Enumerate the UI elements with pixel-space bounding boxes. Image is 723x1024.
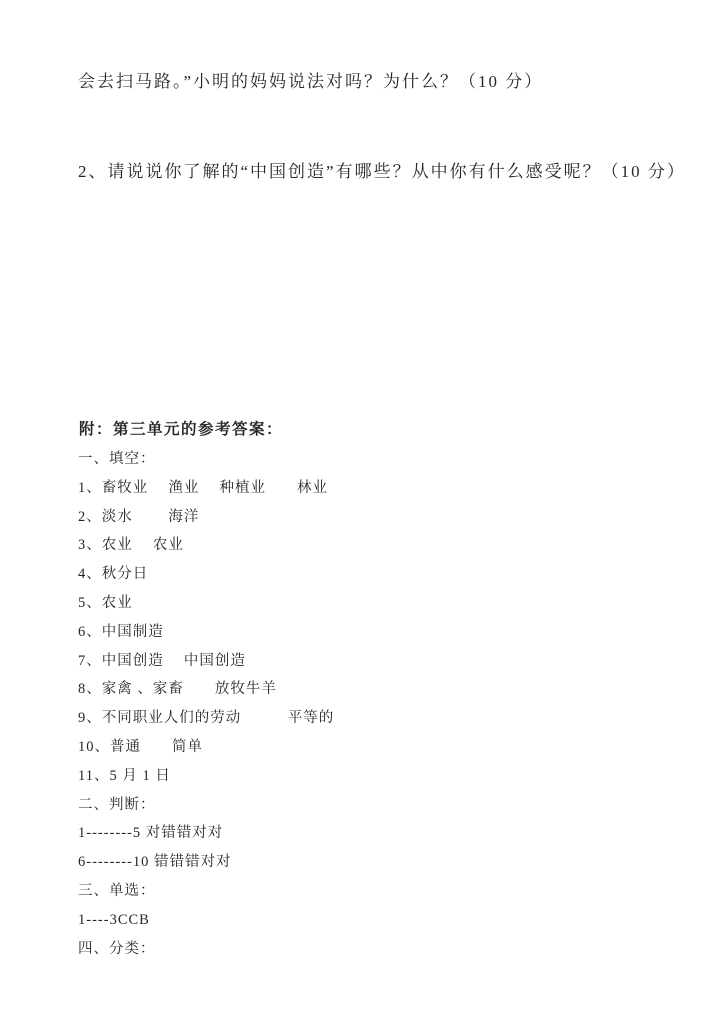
answer-line-fill-4: 4、秋分日 [78,560,693,589]
answer-line-fill-3: 3、农业 农业 [78,531,693,560]
answer-line-fill-2: 2、淡水 海洋 [78,503,693,532]
question-1-continuation-text: 会去扫马路。”小明的妈妈说法对吗？为什么？（10 分） [78,70,693,94]
answer-line-choice-1-3: 1----3CCB [78,906,693,935]
question-2-text: 2、请说说你了解的“中国创造”有哪些？从中你有什么感受呢？（10 分） [78,160,693,184]
answer-line-choice-header: 三、单选： [78,877,693,906]
answer-line-fill-8: 8、家禽 、家畜 放牧牛羊 [78,675,693,704]
answer-line-fill-11: 11、5 月 1 日 [78,762,693,791]
answer-line-fill-10: 10、普通 简单 [78,733,693,762]
answer-line-fill-5: 5、农业 [78,589,693,618]
document-page: 会去扫马路。”小明的妈妈说法对吗？为什么？（10 分） 2、请说说你了解的“中国… [0,0,723,1024]
answer-key-heading: 附：第三单元的参考答案： [79,417,283,439]
answer-key-section: 一、填空： 1、畜牧业 渔业 种植业 林业 2、淡水 海洋 3、农业 农业 4、… [78,445,693,963]
answer-line-fill-7: 7、中国创造 中国创造 [78,647,693,676]
answer-line-judge-header: 二、判断： [78,791,693,820]
answer-line-fill-1: 1、畜牧业 渔业 种植业 林业 [78,474,693,503]
answer-line-fill-6: 6、中国制造 [78,618,693,647]
answer-line-judge-1-5: 1--------5 对错错对对 [78,819,693,848]
answer-line-judge-6-10: 6--------10 错错错对对 [78,848,693,877]
answer-line-fill-9: 9、不同职业人们的劳动 平等的 [78,704,693,733]
answer-line-fill-in-header: 一、填空： [78,445,693,474]
answer-line-classify-header: 四、分类： [78,935,693,964]
